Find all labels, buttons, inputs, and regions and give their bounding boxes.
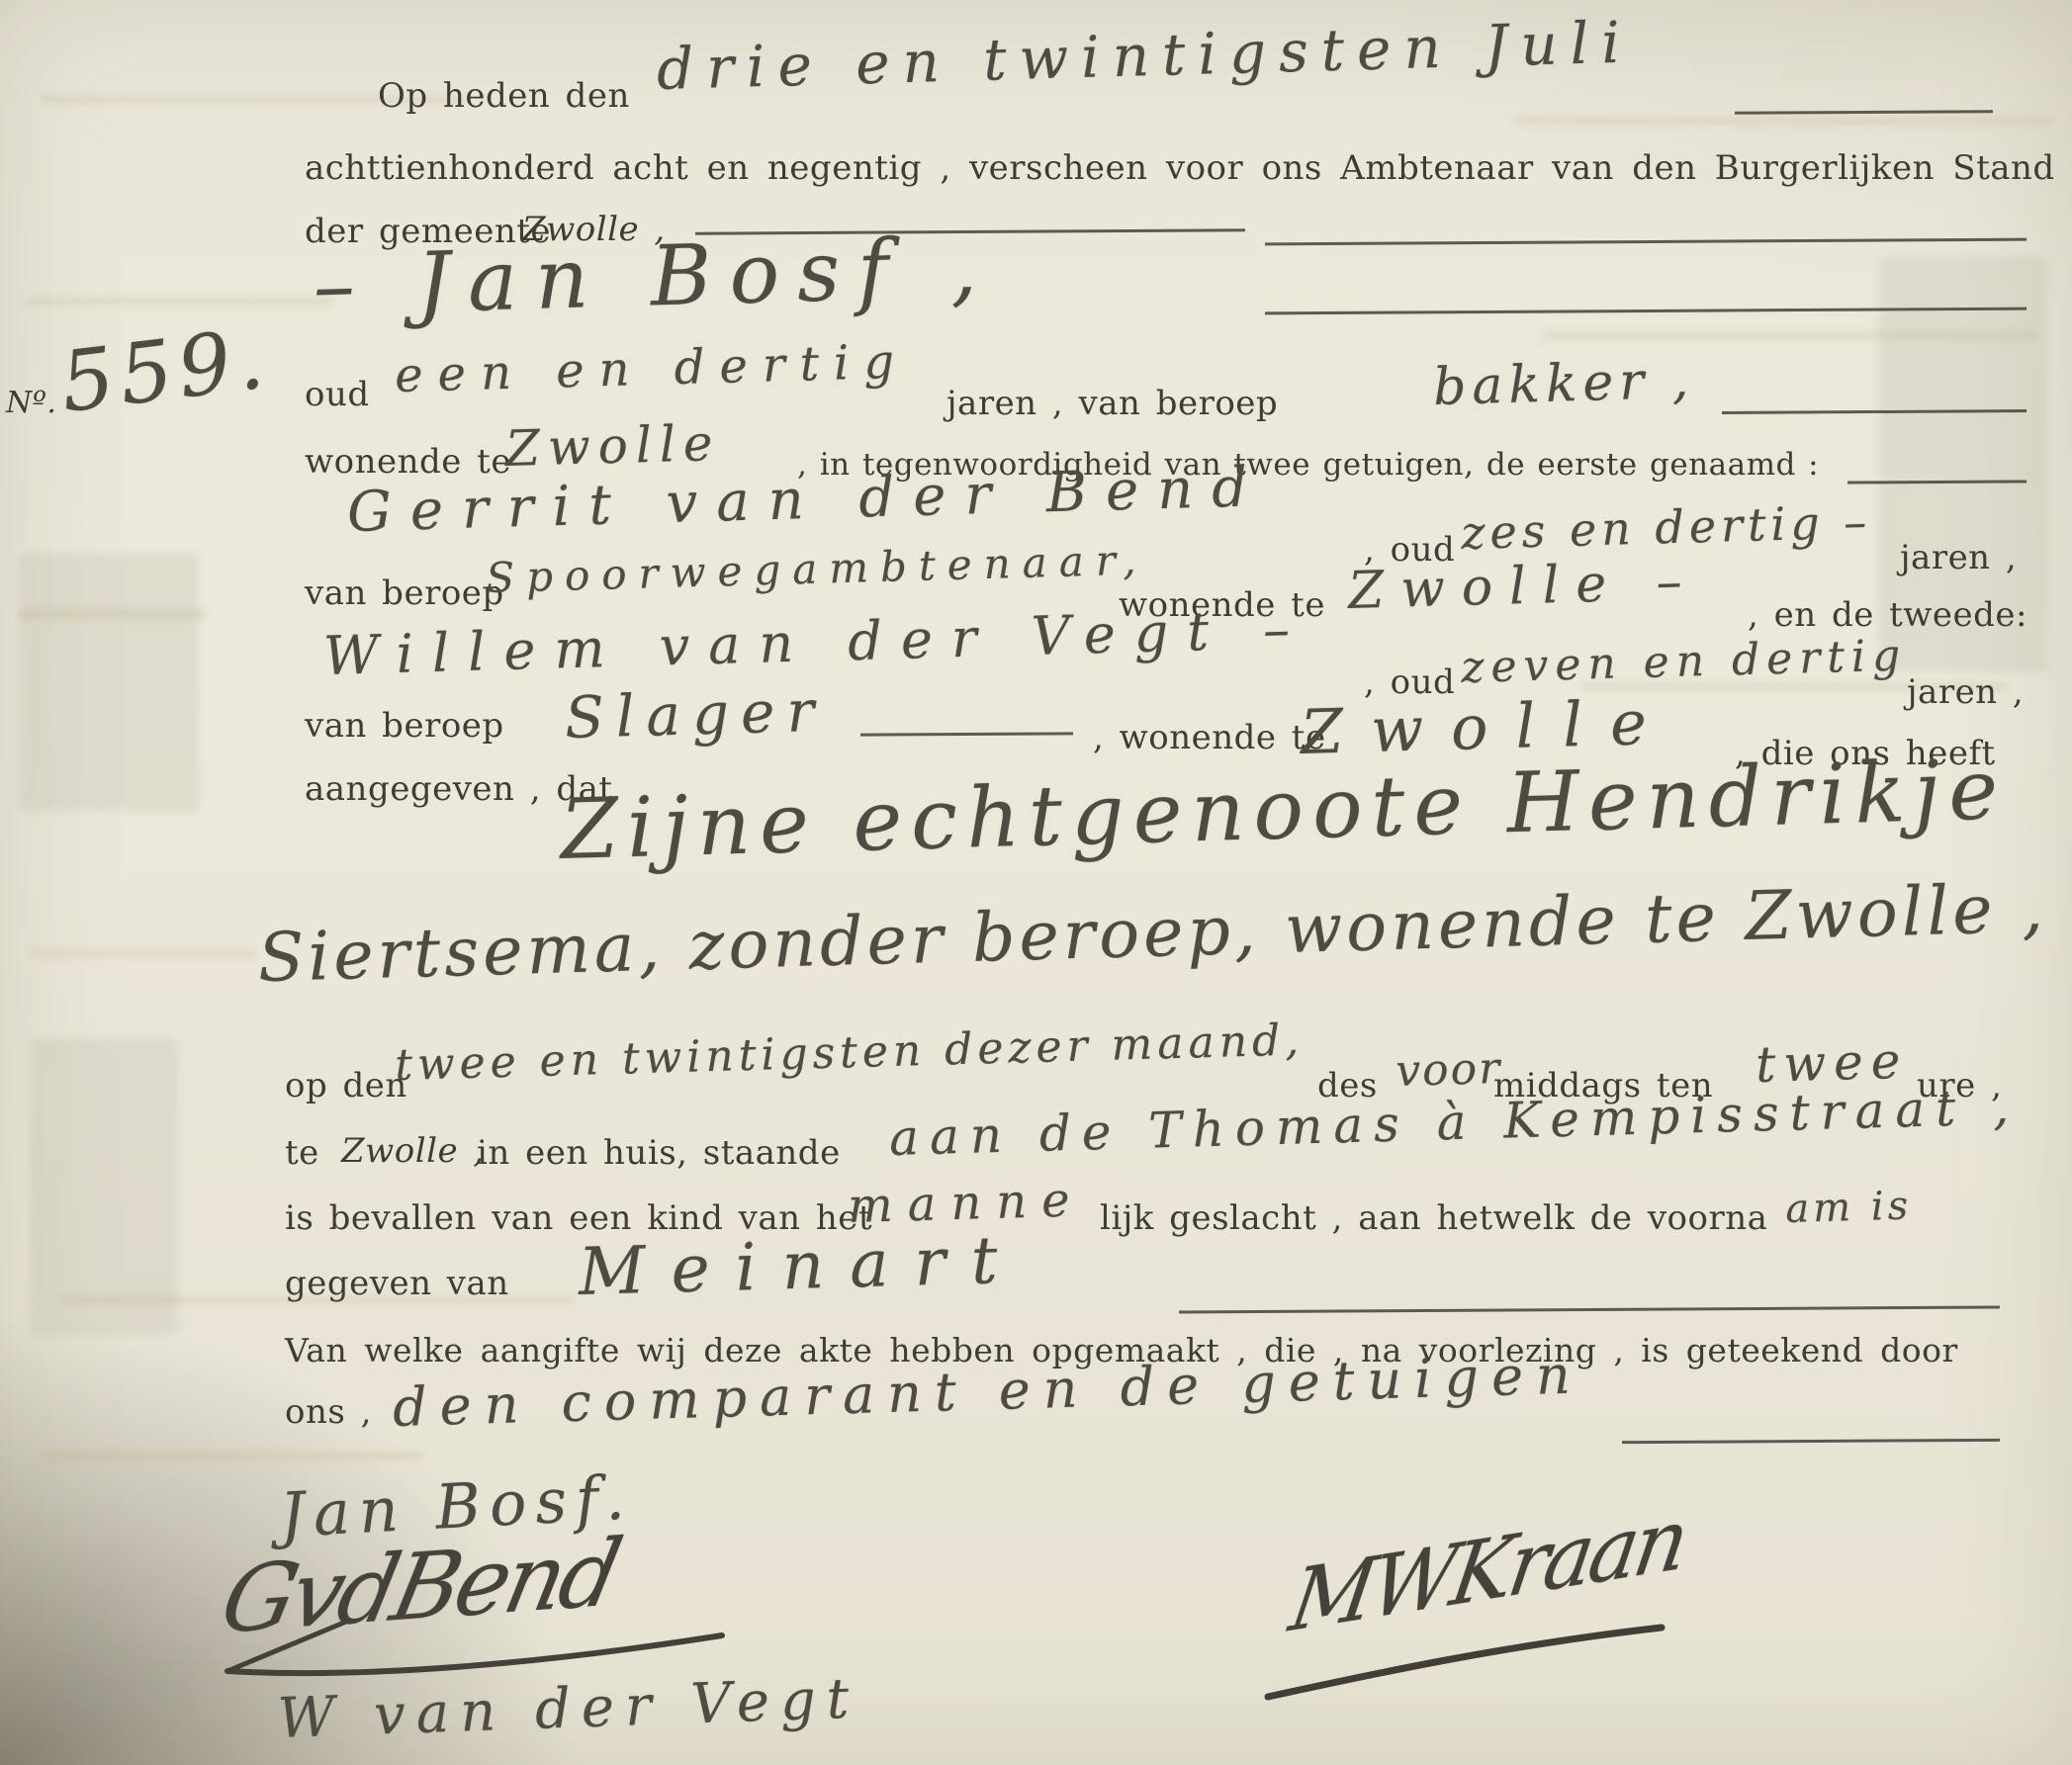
margin-act-number: 559. [55, 309, 274, 431]
printed-w1-tweede: , en de tweede: [1748, 595, 2027, 635]
written-witness1-residence: Zwolle – [1347, 552, 1699, 621]
written-date: drie en twintigsten Juli [656, 8, 1634, 103]
printed-op-heden-den: Op heden den [378, 76, 630, 116]
written-declarant-occupation: bakker , [1432, 351, 1695, 417]
printed-op-den: op den [285, 1066, 407, 1105]
printed-w2-wonende-te: , wonende te [1093, 718, 1326, 757]
written-mother-line1: Zijne echtgenoote Hendrikje [559, 741, 2008, 878]
written-witness2-occupation: Slager [564, 677, 827, 751]
printed-w1-jaren: jaren , [1900, 538, 2017, 577]
bleedthrough-streak [25, 297, 331, 306]
printed-oud-label: oud [305, 375, 370, 414]
printed-te: te [285, 1133, 319, 1173]
bleedthrough-streak [40, 1452, 425, 1460]
printed-w2-beroep: van beroep [305, 706, 504, 746]
birth-certificate-page: Nº. 559. Op heden den drie en twintigste… [0, 0, 2072, 1765]
printed-jaren-van-beroep: jaren , van beroep [946, 384, 1278, 423]
written-naam-is: am is [1785, 1183, 1913, 1232]
filler-rule [1265, 238, 2027, 246]
signature-witness2: W van der Vegt [277, 1666, 861, 1751]
written-daypart: voor [1396, 1043, 1502, 1097]
written-witness1-occupation: Spoorwegambtenaar, [486, 535, 1149, 602]
printed-year-line: achttienhonderd acht en negentig , versc… [305, 148, 2055, 188]
signature-witness1-underline-flourish [220, 1610, 734, 1679]
written-child-name: Meinart [578, 1221, 1025, 1310]
margin-no-label: Nº. [6, 386, 56, 420]
written-declarant-name: – Jan Bosf , [312, 219, 996, 334]
printed-gegeven-van: gegeven van [285, 1264, 509, 1303]
filler-rule [1735, 110, 1993, 115]
written-declarant-age: een en dertig [394, 334, 909, 403]
written-declarant-residence: Zwolle [504, 414, 721, 478]
bleedthrough-text-ghost [30, 1038, 178, 1335]
printed-ons: ons , [285, 1392, 372, 1432]
filler-rule [860, 732, 1073, 736]
written-birth-day: twee en twintigsten dezer maand, [395, 1015, 1305, 1091]
written-witness1-age: zes en dertig – [1460, 494, 1871, 560]
printed-plaats: Zwolle , [341, 1131, 485, 1171]
filler-rule [1622, 1439, 2000, 1444]
printed-w1-beroep: van beroep [305, 574, 504, 613]
written-mother-line2: Siertsema, zonder beroep, wonende te Zwo… [257, 870, 2048, 998]
bleedthrough-streak [1513, 117, 2052, 126]
printed-wonende-te: wonende te [305, 442, 511, 482]
printed-w2-jaren: jaren , [1907, 672, 2024, 712]
filler-rule [1179, 1305, 2000, 1313]
signature-registrar-underline-flourish [1258, 1600, 1673, 1709]
bleedthrough-streak [30, 949, 257, 958]
bleedthrough-text-ghost [20, 554, 198, 811]
printed-in-een-huis: in een huis, staande [477, 1133, 841, 1173]
printed-geslacht: lijk geslacht , aan hetwelk de voorna [1100, 1198, 1767, 1238]
